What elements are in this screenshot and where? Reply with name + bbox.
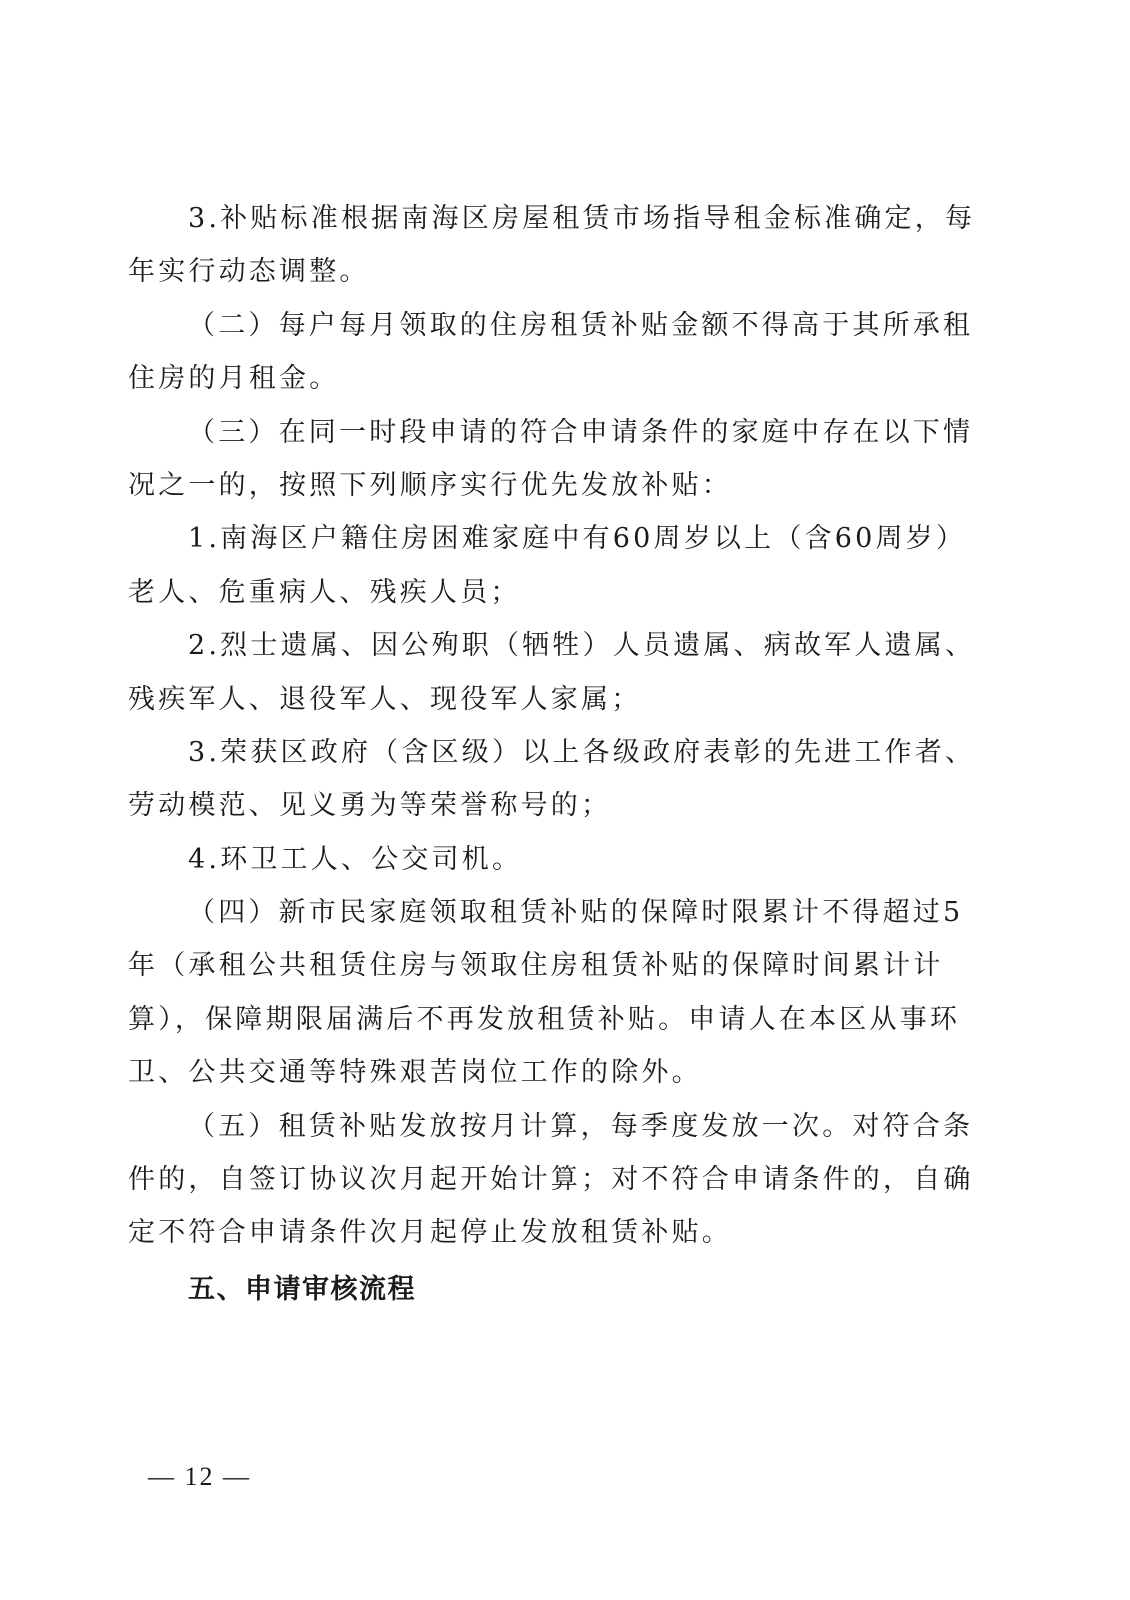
paragraph-line: 3.荣获区政府（含区级）以上各级政府表彰的先进工作者、 (128, 726, 998, 779)
document-body: 3.补贴标准根据南海区房屋租赁市场指导租金标准确定，每 年实行动态调整。 （二）… (128, 192, 998, 1320)
paragraph-line: （五）租赁补贴发放按月计算，每季度发放一次。对符合条 (128, 1100, 998, 1153)
paragraph-line: 1.南海区户籍住房困难家庭中有60周岁以上（含60周岁） (128, 512, 998, 565)
paragraph-line: 残疾军人、退役军人、现役军人家属； (128, 673, 998, 726)
paragraph-line: 件的，自签订协议次月起开始计算；对不符合申请条件的，自确 (128, 1153, 998, 1206)
paragraph-line: 定不符合申请条件次月起停止发放租赁补贴。 (128, 1206, 998, 1259)
section-heading: 五、申请审核流程 (128, 1260, 998, 1320)
paragraph-line: （二）每户每月领取的住房租赁补贴金额不得高于其所承租 (128, 299, 998, 352)
paragraph-line: 老人、危重病人、残疾人员； (128, 566, 998, 619)
paragraph-line: 年实行动态调整。 (128, 245, 998, 298)
paragraph-line: 4.环卫工人、公交司机。 (128, 833, 998, 886)
paragraph-line: 3.补贴标准根据南海区房屋租赁市场指导租金标准确定，每 (128, 192, 998, 245)
paragraph-line: 住房的月租金。 (128, 352, 998, 405)
paragraph-line: 算），保障期限届满后不再发放租赁补贴。申请人在本区从事环 (128, 993, 998, 1046)
paragraph-line: 劳动模范、见义勇为等荣誉称号的； (128, 779, 998, 832)
paragraph-line: 卫、公共交通等特殊艰苦岗位工作的除外。 (128, 1046, 998, 1099)
paragraph-line: （三）在同一时段申请的符合申请条件的家庭中存在以下情 (128, 406, 998, 459)
page-number: — 12 — (148, 1462, 251, 1492)
paragraph-line: 年（承租公共租赁住房与领取住房租赁补贴的保障时间累计计 (128, 939, 998, 992)
paragraph-line: （四）新市民家庭领取租赁补贴的保障时限累计不得超过5 (128, 886, 998, 939)
paragraph-line: 况之一的，按照下列顺序实行优先发放补贴： (128, 459, 998, 512)
paragraph-line: 2.烈士遗属、因公殉职（牺牲）人员遗属、病故军人遗属、 (128, 619, 998, 672)
